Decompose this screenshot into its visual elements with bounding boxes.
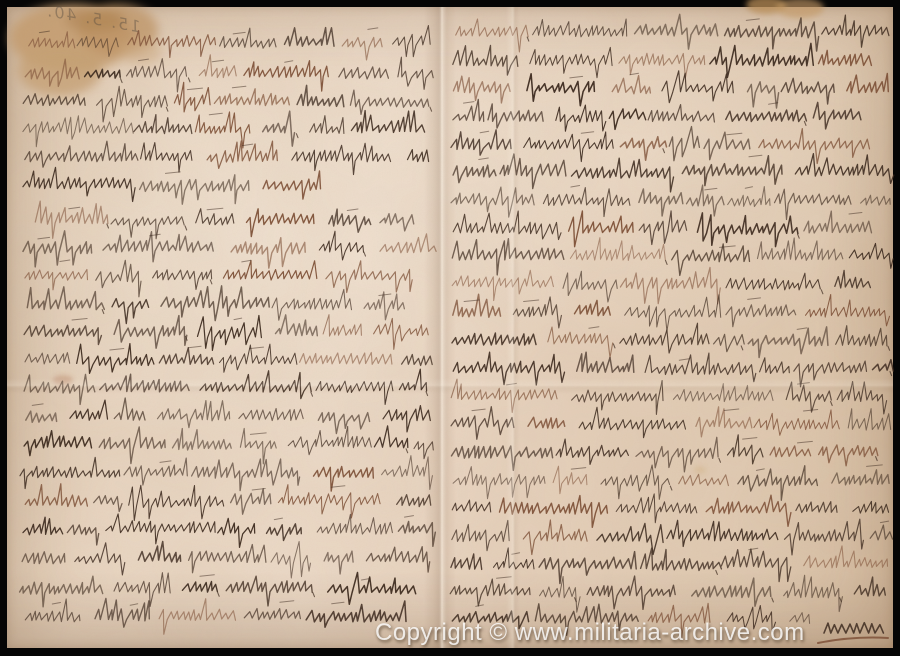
copyright-watermark: Copyright © www.militaria-archive.com [375, 621, 805, 645]
scanned-letter: 15. 5. 40. Copyright © www.militaria-arc… [0, 0, 900, 656]
scan-overlay: 15. 5. 40. [0, 0, 900, 656]
paper-grain-texture [7, 7, 893, 648]
